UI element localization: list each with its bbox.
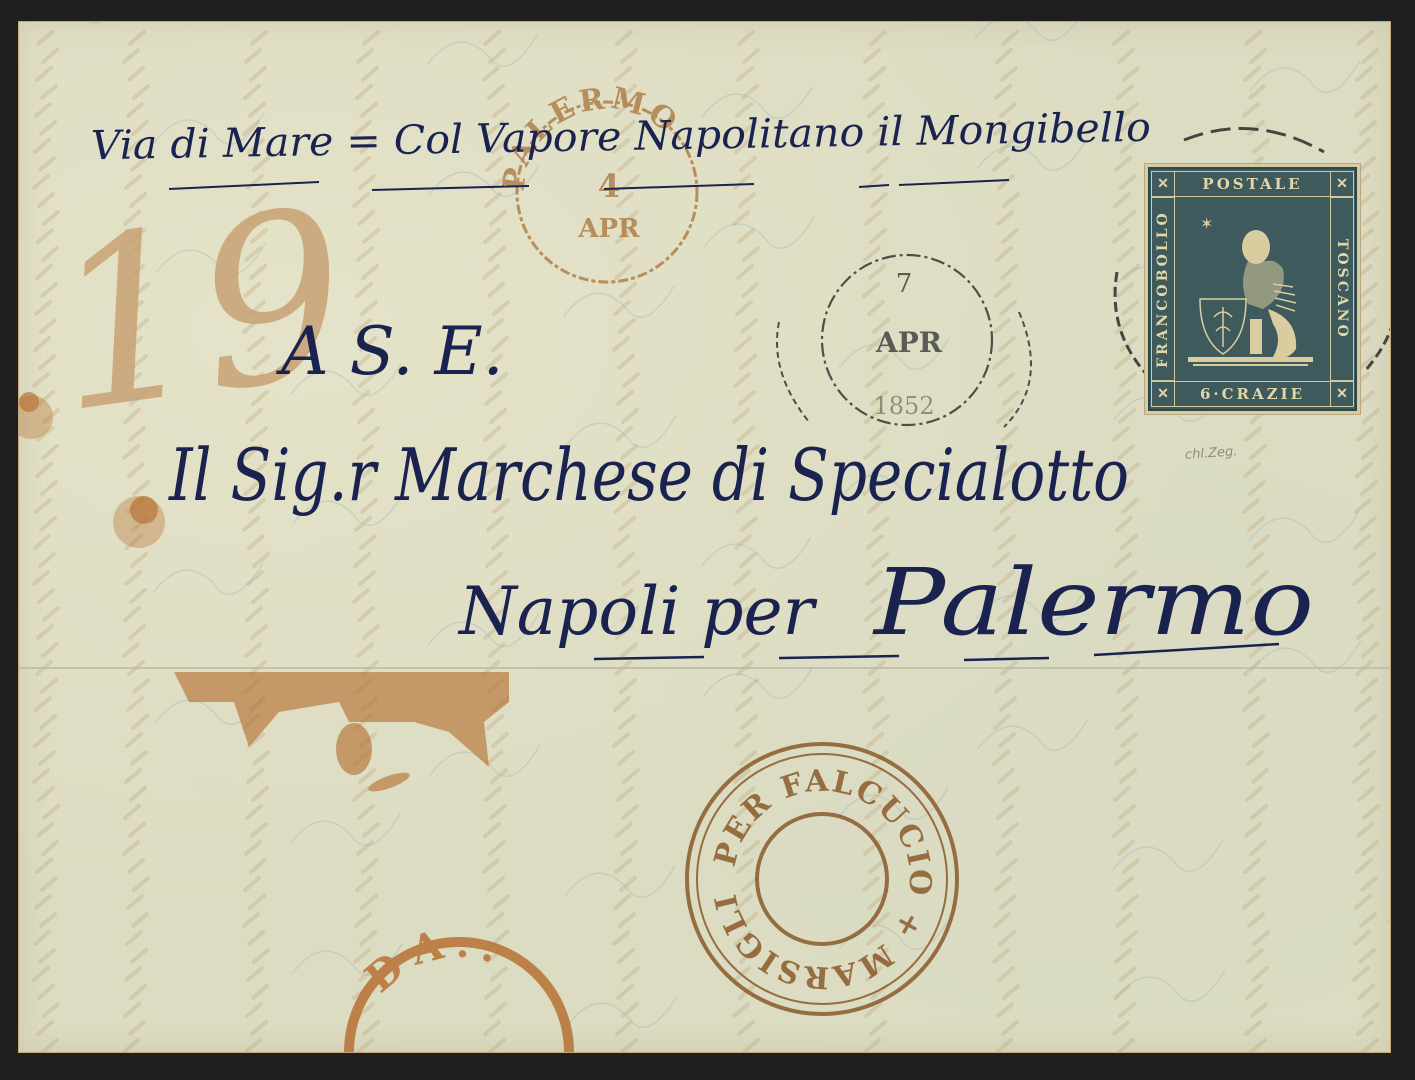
stamp-value-label: 6·CRAZIE <box>1174 381 1331 407</box>
stamp-corner: ✕ <box>1330 381 1354 407</box>
postage-stamp: ✕ ✕ ✕ ✕ POSTALE 6·CRAZIE FRANCOBOLLO TOS… <box>1145 164 1360 414</box>
date-postmark: 7 APR 1852 <box>777 255 1031 427</box>
svg-text:DA..: DA.. <box>356 919 514 1002</box>
salutation: A S. E. <box>275 313 504 390</box>
svg-text:4: 4 <box>598 167 620 205</box>
bottom-partial-postmark: DA.. <box>349 919 569 1052</box>
per-falcuccio-postmark: PER FALCUCIO + MARSIGLIA <box>19 22 957 1014</box>
svg-text:Palermo: Palermo <box>872 549 1314 656</box>
svg-text:Napoli per: Napoli per <box>457 573 818 650</box>
svg-text:Via di Mare = Col Vapore Napol: Via di Mare = Col Vapore Napolitano il M… <box>90 105 1151 169</box>
palermo-postmark: PALERMO 4 APR <box>496 81 697 282</box>
svg-text:APR: APR <box>577 214 640 244</box>
svg-text:1852: 1852 <box>873 392 934 420</box>
stamp-left-label: FRANCOBOLLO <box>1151 197 1175 381</box>
stamp-corner: ✕ <box>1151 171 1175 197</box>
svg-text:✶: ✶ <box>1200 214 1213 233</box>
lion-emblem-icon: ✶ <box>1178 199 1327 379</box>
stamp-right-label: TOSCANO <box>1330 197 1354 381</box>
svg-text:7: 7 <box>896 269 913 299</box>
cover-paper: PALERMO 4 APR 7 APR 1852 PER FALCUCIO <box>19 22 1390 1052</box>
stamp-corner: ✕ <box>1330 171 1354 197</box>
svg-text:APR: APR <box>875 326 943 359</box>
stamp-top-label: POSTALE <box>1174 171 1331 197</box>
stamp-corner: ✕ <box>1151 381 1175 407</box>
destination: Napoli per Palermo <box>457 549 1314 660</box>
addressee: Il Sig.r Marchese di Specialotto <box>167 433 1129 517</box>
